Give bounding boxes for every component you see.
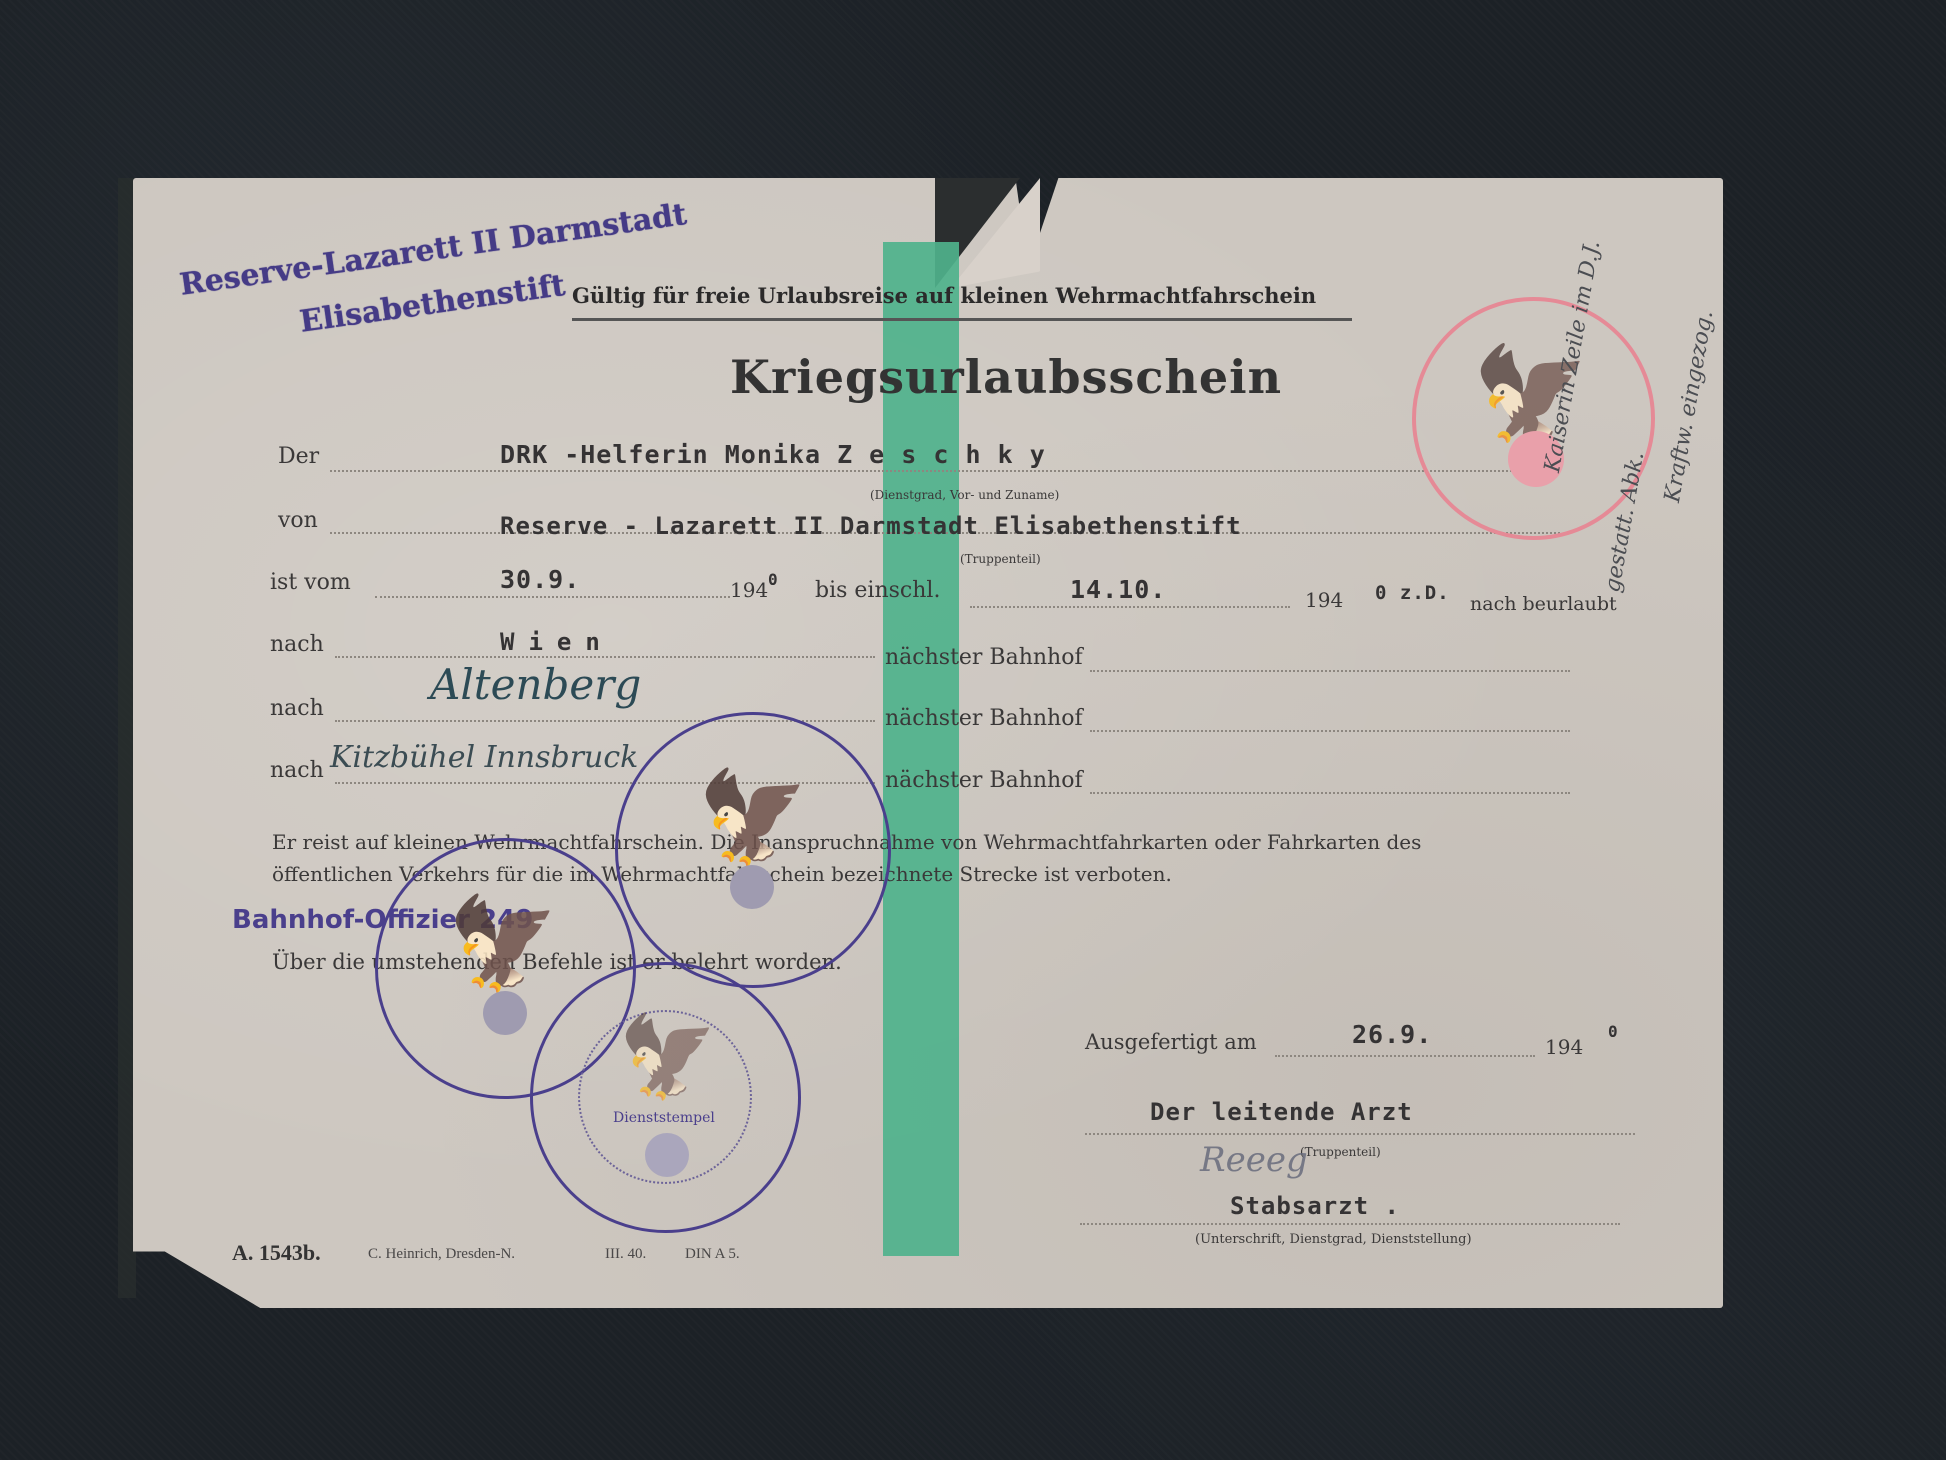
signatory-rank-line	[1080, 1223, 1620, 1225]
issued-value: 26.9.	[1352, 1020, 1432, 1049]
field-vom-label: ist vom	[270, 570, 351, 595]
issued-year-prefix: 194	[1545, 1035, 1583, 1059]
header-underline	[572, 318, 1352, 321]
eagle-emblem-icon: 🦅	[688, 765, 818, 870]
signatory-unit: Der leitende Arzt	[1150, 1098, 1413, 1126]
field-von-caption: (Truppenteil)	[960, 552, 1041, 566]
field-von-value: Reserve - Lazarett II Darmstadt Elisabet…	[500, 512, 1242, 540]
field-nach-2-station-line	[1090, 730, 1570, 732]
wreath-center-icon	[483, 991, 527, 1035]
field-nach-3-station-line	[1090, 792, 1570, 794]
field-beurlaubt-label: nach beurlaubt	[1470, 593, 1617, 615]
field-nach-1-label: nach	[270, 632, 324, 657]
signatory-rank-caption: (Unterschrift, Dienstgrad, Dienststellun…	[1195, 1232, 1472, 1247]
validity-note: Gültig für freie Urlaubsreise auf kleine…	[572, 283, 1316, 308]
field-until-label: bis einschl.	[815, 578, 940, 603]
field-nach-2-value: Altenberg	[430, 660, 641, 709]
field-until-year-suffix: 0 z.D.	[1375, 582, 1450, 604]
wreath-center-icon	[645, 1133, 689, 1177]
field-nach-1-station-label: nächster Bahnhof	[885, 645, 1083, 670]
issued-line	[1275, 1055, 1535, 1057]
paper-format: DIN A 5.	[685, 1246, 740, 1263]
field-vom-value: 30.9.	[500, 565, 580, 594]
document-title: Kriegsurlaubsschein	[730, 350, 1282, 404]
field-nach-1-station-line	[1090, 670, 1570, 672]
field-vom-year-suffix: 0	[768, 570, 779, 589]
stamp-bahnhofsoffizier-196: 🦅	[615, 712, 891, 988]
field-der-label: Der	[278, 444, 319, 469]
signatory-unit-line	[1085, 1133, 1635, 1135]
field-nach-3-value: Kitzbühel Innsbruck	[330, 740, 638, 775]
signatory-unit-caption: (Truppenteil)	[1300, 1145, 1381, 1159]
issued-year-suffix: 0	[1608, 1022, 1619, 1041]
field-der-line	[330, 470, 1560, 472]
form-code: A. 1543b.	[232, 1240, 321, 1266]
issued-label: Ausgefertigt am	[1085, 1030, 1257, 1054]
field-until-year-prefix: 194	[1305, 588, 1343, 612]
field-nach-3-label: nach	[270, 758, 324, 783]
doctor-signature: Reeeg	[1200, 1140, 1308, 1180]
field-vom-year-prefix: 194	[730, 578, 768, 602]
printer-name: C. Heinrich, Dresden-N.	[368, 1246, 515, 1263]
field-nach-1-value: Wien	[500, 628, 614, 656]
print-date: III. 40.	[605, 1246, 646, 1263]
eagle-emblem-icon: 🦅	[603, 1010, 733, 1104]
field-der-value: DRK -Helferin Monika Z e s c h k y	[500, 440, 1046, 469]
signatory-rank: Stabsarzt .	[1230, 1192, 1400, 1220]
field-until-line	[970, 606, 1290, 608]
wreath-center-icon	[730, 865, 774, 909]
field-until-value: 14.10.	[1070, 575, 1166, 604]
stamp-darmstadt-dienststempel: 🦅 Dienststempel	[530, 962, 801, 1233]
field-von-label: von	[278, 508, 318, 533]
field-der-caption: (Dienstgrad, Vor- und Zuname)	[870, 488, 1059, 502]
field-nach-2-label: nach	[270, 696, 324, 721]
dienststempel-label: Dienststempel	[613, 1110, 715, 1126]
eagle-emblem-icon: 🦅	[438, 891, 568, 996]
field-nach-3-station-label: nächster Bahnhof	[885, 768, 1083, 793]
field-nach-1-line	[335, 656, 875, 658]
field-vom-line	[375, 596, 730, 598]
field-nach-2-station-label: nächster Bahnhof	[885, 706, 1083, 731]
